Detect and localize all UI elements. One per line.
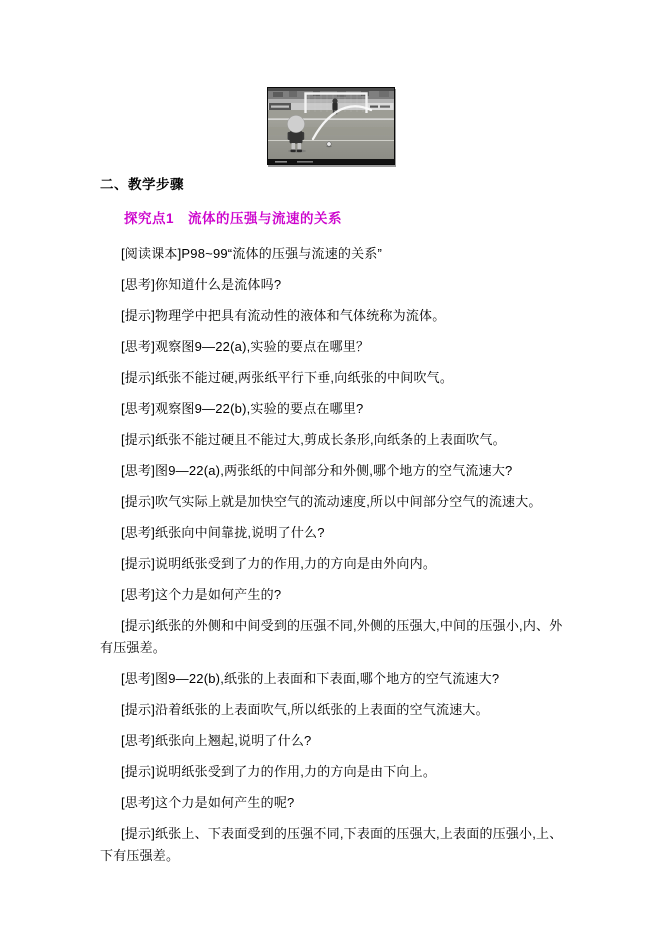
think-paragraph: [思考]图9—22(b),纸张的上表面和下表面,哪个地方的空气流速大? [100, 668, 565, 690]
hint-paragraph: [提示]吹气实际上就是加快空气的流动速度,所以中间部分空气的流速大。 [100, 491, 565, 513]
think-paragraph: [思考]纸张向中间靠拢,说明了什么? [100, 522, 565, 544]
section-heading: 二、教学步骤 [100, 177, 565, 192]
think-paragraph: [思考]观察图9—22(a),实验的要点在哪里？ [100, 336, 565, 358]
document-body: 二、教学步骤 探究点1 流体的压强与流速的关系 [阅读课本]P98~99“流体的… [100, 177, 565, 876]
think-paragraph: [思考]观察图9—22(b),实验的要点在哪里? [100, 398, 565, 420]
hint-paragraph: [提示]说明纸张受到了力的作用,力的方向是由下向上。 [100, 761, 565, 783]
think-paragraph: [思考]图9—22(a),两张纸的中间部分和外侧,哪个地方的空气流速大? [100, 460, 565, 482]
soccer-ball [326, 142, 331, 147]
ad-board-left [269, 103, 291, 110]
hint-paragraph: [提示]说明纸张受到了力的作用,力的方向是由外向内。 [100, 553, 565, 575]
hint-paragraph: [提示]沿着纸张的上表面吹气,所以纸张的上表面的空气流速大。 [100, 699, 565, 721]
think-paragraph: [思考]你知道什么是流体吗? [100, 274, 565, 296]
soccer-kick-figure-svg [267, 87, 395, 165]
stadium-stands [268, 88, 394, 103]
reading-paragraph: [阅读课本]P98~99“流体的压强与流速的关系” [100, 243, 565, 265]
hint-paragraph: [提示]纸张不能过硬且不能过大,剪成长条形,向纸条的上表面吹气。 [100, 429, 565, 451]
pitch-line-top [268, 119, 394, 120]
bottom-letterbox-bar [268, 159, 394, 164]
document-page: 二、教学步骤 探究点1 流体的压强与流速的关系 [阅读课本]P98~99“流体的… [0, 0, 661, 935]
hint-paragraph: [提示]纸张上、下表面受到的压强不同,下表面的压强大,上表面的压强小,上、下有压… [100, 823, 565, 867]
hint-paragraph: [提示]纸张不能过硬,两张纸平行下垂,向纸张的中间吹气。 [100, 367, 565, 389]
soccer-kick-figure [267, 87, 395, 165]
think-paragraph: [思考]纸张向上翘起,说明了什么? [100, 730, 565, 752]
hint-paragraph: [提示]物理学中把具有流动性的液体和气体统称为流体。 [100, 305, 565, 327]
think-paragraph: [思考]这个力是如何产生的? [100, 584, 565, 606]
topic-heading: 探究点1 流体的压强与流速的关系 [124, 211, 565, 226]
pitch-line-mid [268, 140, 394, 141]
hint-paragraph: [提示]纸张的外侧和中间受到的压强不同,外侧的压强大,中间的压强小,内、外有压强… [100, 615, 565, 659]
think-paragraph: [思考]这个力是如何产生的呢? [100, 792, 565, 814]
